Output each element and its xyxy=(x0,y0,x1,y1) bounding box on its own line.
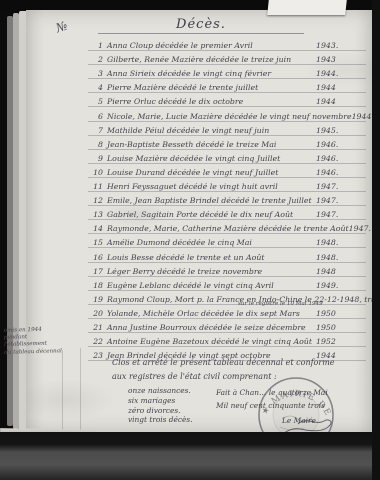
entry-year: 1946. xyxy=(316,154,366,163)
entry-number: 17 xyxy=(88,267,107,276)
entry-year: 1947. xyxy=(316,210,366,219)
entry-number: 4 xyxy=(88,83,107,92)
entry-text: Louise Mazière décédée le vingt cinq Jui… xyxy=(107,154,316,163)
entry-number: 15 xyxy=(88,238,107,247)
entry-number: 6 xyxy=(88,112,107,121)
entry-year: 1945. xyxy=(316,126,366,135)
entry-number: 10 xyxy=(88,168,107,177)
entry-number: 19 xyxy=(88,295,107,304)
entry-text: Gabriel, Sagitain Porte décédé le dix ne… xyxy=(107,210,316,219)
entry-text: Nicole, Marie, Lucie Mazière décédée le … xyxy=(107,112,352,121)
entry-year: 1950 xyxy=(316,323,366,332)
entry-number: 7 xyxy=(88,126,107,135)
entry-year: 1949. xyxy=(316,281,366,290)
scan-right-edge xyxy=(372,0,380,480)
entry-number: 14 xyxy=(88,224,107,233)
entry-subnote: sur le registre le 10 Mai 1949 xyxy=(238,301,323,307)
entry-text: Anna Justine Bourroux décédée le seize d… xyxy=(107,323,316,332)
death-record-row: 6 Nicole, Marie, Lucie Mazière décédée l… xyxy=(88,107,366,121)
entry-year: 1943 xyxy=(316,55,366,64)
death-record-row: 22 Antoine Eugène Bazetoux décédé le vin… xyxy=(88,333,366,347)
entry-number: 13 xyxy=(88,210,107,219)
entry-text: Amélie Dumond décédée le cinq Mai xyxy=(107,238,316,247)
margin-note-line: pendant l'établissement xyxy=(4,333,66,349)
entry-year: 1946. xyxy=(316,140,366,149)
death-record-row: 3 Anna Sirieix décédée le vingt cinq fév… xyxy=(88,65,366,79)
entry-year: 1948. xyxy=(316,238,366,247)
death-record-row: 2 Gilberte, Renée Mazière décédée le tre… xyxy=(88,51,366,65)
death-record-row: 19 Raymond Cloup, Mort p. la France en I… xyxy=(88,291,366,305)
entry-text: Antoine Eugène Bazetoux décédé le vingt … xyxy=(107,337,316,346)
entry-number: 22 xyxy=(88,337,107,346)
margin-annotation: omis en 1944 pendant l'établissement du … xyxy=(4,326,67,356)
entry-number: 9 xyxy=(88,154,107,163)
page-title: Décès. xyxy=(98,17,304,34)
death-record-row: 10 Louise Durand décédée le vingt neuf J… xyxy=(88,164,366,178)
death-record-row: 16 Louis Besse décédé le trente et un Ao… xyxy=(88,248,366,262)
death-record-row: 1 Anna Cloup décédée le premier Avril 19… xyxy=(88,37,366,51)
entry-text: Léger Berry décédé le treize novembre xyxy=(107,267,316,276)
death-record-row: 8 Jean-Baptiste Besseth décédé le treize… xyxy=(88,136,366,150)
page-crease xyxy=(62,350,63,430)
entry-number: 5 xyxy=(88,97,107,106)
entry-year: 1952 xyxy=(316,337,366,346)
next-page-corner xyxy=(267,0,347,15)
scanned-register-page: Décès. 1 Anna Cloup décédée le premier A… xyxy=(0,0,380,480)
death-record-row: 12 Emile, Jean Baptiste Brindel décédé l… xyxy=(88,192,366,206)
death-record-row: 14 Raymonde, Marie, Catherine Mazière dé… xyxy=(88,220,366,234)
summary-marriages: six mariages xyxy=(128,396,193,406)
summary-divorces: zéro divorces. xyxy=(128,406,193,416)
death-record-row: 21 Anna Justine Bourroux décédée le seiz… xyxy=(88,319,366,333)
death-record-row: 13 Gabriel, Sagitain Porte décédé le dix… xyxy=(88,206,366,220)
entry-text: Jean-Baptiste Besseth décédé le treize M… xyxy=(107,140,316,149)
entry-number: 8 xyxy=(88,140,107,149)
entry-year: 1948. xyxy=(316,253,366,262)
summary-births: onze naissances. xyxy=(128,386,193,396)
entry-year: 1947. xyxy=(316,182,366,191)
entry-number: 18 xyxy=(88,281,107,290)
entry-year: 1943. xyxy=(316,41,366,50)
death-record-row: 11 Henri Feyssaguet décédé le vingt huit… xyxy=(88,178,366,192)
entry-text: Anna Cloup décédée le premier Avril xyxy=(107,41,316,50)
entry-text: Gilberte, Renée Mazière décédée le treiz… xyxy=(107,55,316,64)
death-record-row: 20 Yolande, Michèle Orlac décédée le dix… xyxy=(88,305,366,319)
entry-number: 23 xyxy=(88,351,107,360)
entry-number: 12 xyxy=(88,196,107,205)
entry-text: Raymonde, Marie, Catherine Mazière décéd… xyxy=(107,224,349,233)
entry-text: Emile, Jean Baptiste Brindel décédé le t… xyxy=(107,196,316,205)
entry-number: 2 xyxy=(88,55,107,64)
entry-text: Mathilde Péiul décédée le vingt neuf jui… xyxy=(107,126,316,135)
entry-text: Louise Durand décédée le vingt neuf Juil… xyxy=(107,168,316,177)
death-record-row: 7 Mathilde Péiul décédée le vingt neuf j… xyxy=(88,122,366,136)
entry-text: Louis Besse décédé le trente et un Août xyxy=(107,253,316,262)
entry-text: Henri Feyssaguet décédé le vingt huit av… xyxy=(107,182,316,191)
entries-list: 1 Anna Cloup décédée le premier Avril 19… xyxy=(88,37,366,361)
summary-deaths: vingt trois décès. xyxy=(128,415,193,425)
entry-year: 1944. xyxy=(316,69,366,78)
death-record-row: 9 Louise Mazière décédée le vingt cinq J… xyxy=(88,150,366,164)
entry-text: Eugène Leblanc décédé le vingt cinq Avri… xyxy=(107,281,316,290)
death-record-row: 15 Amélie Dumond décédée le cinq Mai 194… xyxy=(88,234,366,248)
entry-number: 21 xyxy=(88,323,107,332)
entry-text: Yolande, Michèle Orlac décédée le dix se… xyxy=(107,309,316,318)
closing-line: Clos et arrêté le présent tableau décenn… xyxy=(112,356,368,370)
death-record-row: 17 Léger Berry décédé le treize novembre… xyxy=(88,263,366,277)
entry-text: Pierre Mazière décédé le trente juillet xyxy=(107,83,316,92)
totals-summary: onze naissances. six mariages zéro divor… xyxy=(128,386,193,425)
death-record-row: 4 Pierre Mazière décédé le trente juille… xyxy=(88,79,366,93)
death-record-row: 18 Eugène Leblanc décédé le vingt cinq A… xyxy=(88,277,366,291)
entry-year: 1950 xyxy=(316,309,366,318)
death-record-row: 5 Pierre Orluc décédé le dix octobre 194… xyxy=(88,93,366,107)
entry-year: 1947. xyxy=(316,196,366,205)
entry-number: 11 xyxy=(88,182,107,191)
entry-number: 3 xyxy=(88,69,107,78)
entry-text: Pierre Orluc décédé le dix octobre xyxy=(107,97,316,106)
entry-year: 1944 xyxy=(316,83,366,92)
page-crease xyxy=(80,348,81,430)
entry-year: 1946. xyxy=(316,168,366,177)
entry-text: Anna Sirieix décédée le vingt cinq févri… xyxy=(107,69,316,78)
entry-number: 20 xyxy=(88,309,107,318)
entry-year: 1944 xyxy=(316,97,366,106)
entry-year: 1948 xyxy=(316,267,366,276)
entry-number: 1 xyxy=(88,41,107,50)
scanner-bed-bottom xyxy=(0,432,380,480)
entry-number: 16 xyxy=(88,253,107,262)
